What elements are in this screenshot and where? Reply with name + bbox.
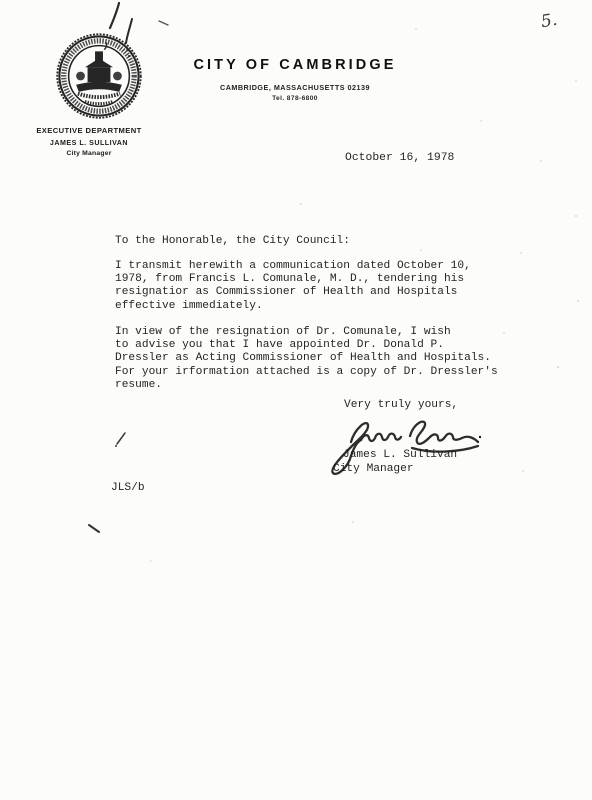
scan-noise	[0, 0, 2, 2]
scanned-letter-page: 5. CITY OF CAMBRIDGE CAMBRIDGE, MASSACHU…	[0, 0, 592, 800]
officer-title: City Manager	[18, 150, 160, 157]
letter-date: October 16, 1978	[345, 152, 454, 164]
typist-initials: JLS/b	[111, 482, 145, 494]
letterhead-phone: Tel. 878-6800	[180, 95, 410, 102]
department-block: EXECUTIVE DEPARTMENT JAMES L. SULLIVAN C…	[18, 126, 160, 157]
department-name: EXECUTIVE DEPARTMENT	[18, 126, 160, 135]
letterhead: CITY OF CAMBRIDGE CAMBRIDGE, MASSACHUSET…	[180, 57, 410, 102]
closing-line: Very truly yours,	[344, 399, 458, 411]
letterhead-title: CITY OF CAMBRIDGE	[180, 57, 410, 73]
letterhead-address: CAMBRIDGE, MASSACHUSETTS 02139	[180, 83, 410, 92]
handwritten-signature	[320, 412, 484, 482]
body-paragraph-1: I transmit herewith a communication date…	[115, 260, 505, 313]
handwritten-page-number: 5.	[540, 10, 559, 32]
salutation: To the Honorable, the City Council:	[115, 235, 350, 247]
stray-pen-tick	[112, 430, 132, 450]
city-of-cambridge-seal-icon	[55, 32, 143, 120]
body-paragraph-2: In view of the resignation of Dr. Comuna…	[115, 326, 505, 392]
officer-name: JAMES L. SULLIVAN	[18, 139, 160, 147]
stray-pen-tick-bottom	[86, 522, 104, 536]
